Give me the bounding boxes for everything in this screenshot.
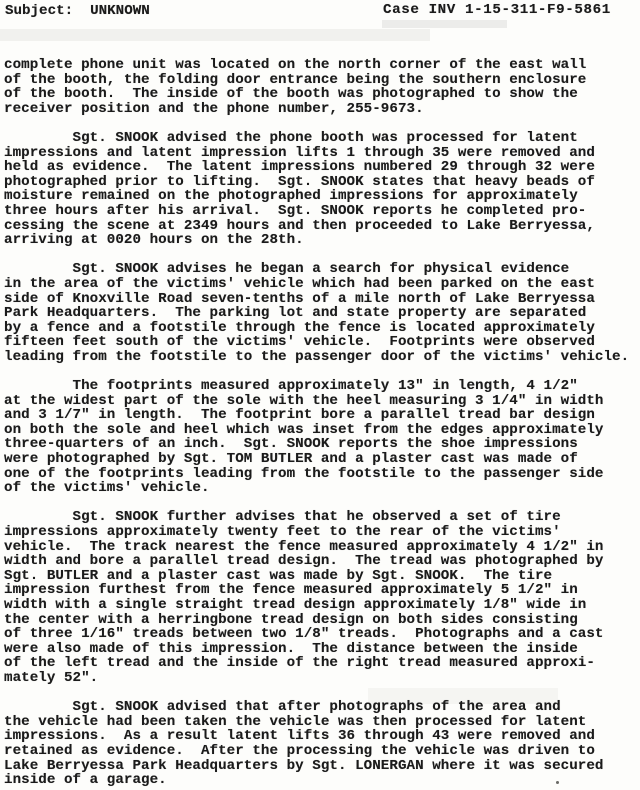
subject-field: Subject: UNKNOWN [5,3,150,19]
paragraph-physical-evidence-search: Sgt. SNOOK advises he began a search for… [4,262,640,364]
document-page: Subject: UNKNOWN Case INV 1-15-311-F9-58… [0,0,640,790]
document-body: complete phone unit was located on the n… [4,58,640,788]
scan-artifact-streak [0,29,430,41]
case-number: Case INV 1-15-311-F9-5861 [383,2,611,18]
paragraph-vehicle-processing: Sgt. SNOOK advised that after photograph… [4,700,640,788]
paragraph-phone-unit: complete phone unit was located on the n… [4,58,640,116]
paragraph-tire-impressions: Sgt. SNOOK further advises that he obser… [4,510,640,685]
document-header: Subject: UNKNOWN Case INV 1-15-311-F9-58… [0,0,640,24]
paragraph-latent-lifts: Sgt. SNOOK advised the phone booth was p… [4,131,640,248]
paragraph-footprints: The footprints measured approximately 13… [4,379,640,496]
